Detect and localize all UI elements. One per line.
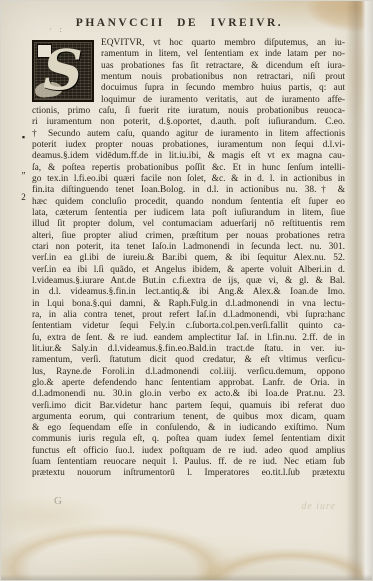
text-line: functus eſt officio ſuo.l. iudex poſtqua… xyxy=(32,446,345,457)
text-line: lit.iur.& Saly.in d.l.videamus.§.fin.eo.… xyxy=(32,344,345,355)
text-line: go tex.in l.fi.eo.ibi quæri facile non ſ… xyxy=(32,174,345,185)
text-line: & ego ſequendam eſſe in conſulendo, & in… xyxy=(32,423,345,434)
woodcut-initial: S xyxy=(32,40,94,102)
running-header: PHANVCCII DE IVREIVR. xyxy=(31,17,328,29)
text-line: hæc quidem concluſio procedit, quando no… xyxy=(32,197,345,208)
text-line: ri iuramentum non poterit, d.§.oportet, … xyxy=(32,117,345,128)
drop-cap-letter: S xyxy=(32,40,94,102)
text-line: lata, cæterum ſententia per iudicem lata… xyxy=(32,208,345,219)
text-line: ra, in alia contra tenet, prout refert I… xyxy=(32,310,345,321)
text-line: verſ.in ea ibi l.ſi quãdo, et Angelus ib… xyxy=(32,265,345,276)
margin-mark: 2 xyxy=(17,193,30,202)
page-bottom-shadow xyxy=(1,574,372,580)
text-line: d.l.admonendi nu. 30.in glo.in verbo ex … xyxy=(32,389,345,400)
text-line: ſa, & poſtea repertis probationibus poſſ… xyxy=(32,163,345,174)
text-line: argumenta eorum, qui contrarium tenent, … xyxy=(32,412,345,423)
text-line: fin.ita diſtinguendo tenet Ioan.Bolog. i… xyxy=(32,185,345,196)
margin-mark: ▪ xyxy=(17,133,30,142)
text-line: glo.& aperte defendendo hanc ſententiam … xyxy=(32,378,345,389)
text-line: communis iuris regula eſt, q. poſtea qua… xyxy=(32,434,345,445)
text-line: ſuam ſententiam reuocare nequit l. Paulu… xyxy=(32,457,345,468)
text-line: lus, Rayne.de Foroli.in d.l.admonendi co… xyxy=(32,367,345,378)
text-line: ſu, extra de ſent. & re iud. eandem ampl… xyxy=(32,333,345,344)
body-text: S EQVITVR, vt hoc quarto membro diſputem… xyxy=(32,38,345,480)
paper-page: PHANVCCII DE IVREIVR. · : S EQVITVR, vt … xyxy=(1,1,372,580)
text-line: verſ.in ea gl.ibi de iureiu.& Bar.ibi qu… xyxy=(32,253,345,264)
text-line: in l.qui bona.§.qui damni, & Raph.Fulg.i… xyxy=(32,299,345,310)
scanned-book-page: PHANVCCII DE IVREIVR. · : S EQVITVR, vt … xyxy=(0,0,373,581)
text-line: illud ſit propter dolum, vel contumaciam… xyxy=(32,219,345,230)
text-line: deamus.§.idem vidēdum.ff.de in lit.iu.ib… xyxy=(32,151,345,162)
text-line: alteri, ſiue propter aliud crimen, præſt… xyxy=(32,231,345,242)
text-line: poterit iudex propter nouas probationes,… xyxy=(32,140,345,151)
text-line: † Secundo autem caſu, quando agitur de i… xyxy=(32,129,345,140)
margin-mark: „ xyxy=(17,166,30,175)
text-line: ctari non poterit, ita tenet Iaſo.in l.a… xyxy=(32,242,345,253)
pencil-mark: · : xyxy=(49,25,65,34)
signature-mark: G xyxy=(54,495,62,507)
text-line: verſi.imo dicit Bar.videtur hanc partem … xyxy=(32,401,345,412)
text-line: ctionis, primo caſu, ſi fuerit rite iura… xyxy=(32,106,345,117)
text-line: prætextu nouorum inſtrumentorū l. Impera… xyxy=(32,468,345,479)
text-line: ramentum, verſi. ſtatutum dicit quod cre… xyxy=(32,355,345,366)
text-line: l.videamus.§.iurare Ant.de But.in c.fi.e… xyxy=(32,276,345,287)
showthrough-text: de iure xyxy=(301,501,336,512)
text-line: in d.l. videamus.§.fin.in lect.antiq.& i… xyxy=(32,287,345,298)
text-line: ſententiam videtur ſequi Fely.in c.ſubor… xyxy=(32,321,345,332)
page-edge-shadow xyxy=(346,1,372,580)
